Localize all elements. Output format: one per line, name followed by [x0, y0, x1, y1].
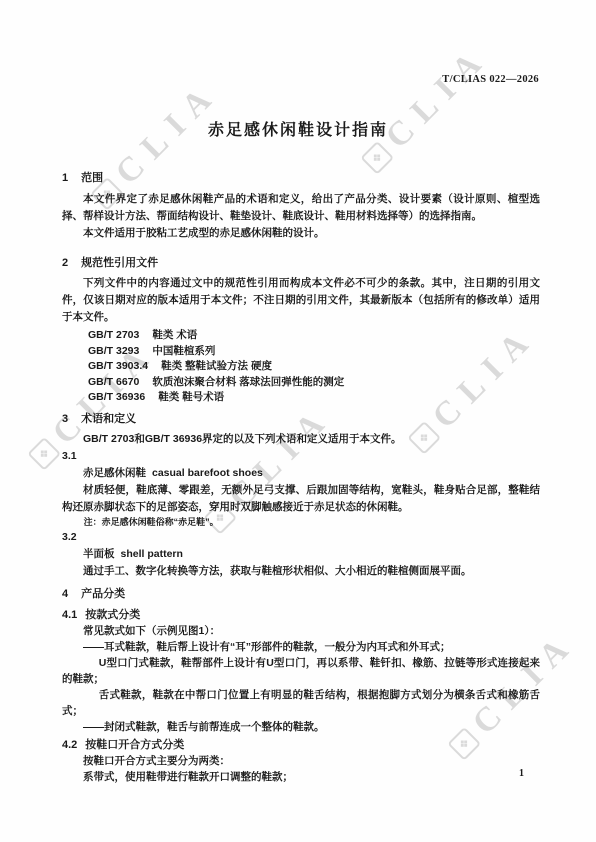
classification-item: U型口门式鞋款，鞋帮部件上设计有U型口门，再以系带、鞋钎扣、橡筋、拉链等形式连接…: [62, 655, 540, 687]
normative-references-paragraph: 下列文件中的内容通过文中的规范性引用而构成本文件必不可少的条款。其中，注日期的引…: [62, 275, 540, 326]
standard-document-page: ❖ CLIA ❖ CLIA ❖ CLIA ❖ CLIA ❖ CLIA ❖ CLI…: [0, 0, 596, 842]
reference-title: 中国鞋楦系列: [152, 345, 215, 357]
term-definition: 通过手工、数字化转换等方法，获取与鞋楦形状相似、大小相近的鞋楦侧面展平面。: [62, 563, 540, 580]
classification-item: 系带式，使用鞋带进行鞋款开口调整的鞋款；: [62, 769, 540, 785]
term-name-en: casual barefoot shoes: [152, 467, 263, 479]
term-name-zh: 半面板: [83, 548, 115, 560]
scope-applicability-paragraph: 本文件适用于胶粘工艺成型的赤足感休闲鞋的设计。: [62, 225, 540, 242]
reference-title: 鞋类 鞋号术语: [158, 391, 224, 403]
reference-code: GB/T 3903.4: [88, 360, 148, 372]
section-title: 规范性引用文件: [81, 257, 158, 269]
section-4-heading: 4产品分类: [62, 586, 540, 602]
term-number: 3.1: [62, 448, 540, 465]
term-name: 半面板shell pattern: [62, 546, 540, 563]
section-number: 4: [62, 588, 68, 600]
reference-title: 软质泡沫聚合材料 落球法回弹性能的测定: [152, 376, 344, 388]
reference-title: 鞋类 整鞋试验方法 硬度: [161, 360, 272, 372]
reference-item: GB/T 3903.4鞋类 整鞋试验方法 硬度: [88, 359, 540, 375]
reference-code: GB/T 3293: [88, 345, 139, 357]
section-1-heading: 1范围: [62, 170, 540, 187]
section-4-1-heading: 4.1按款式分类: [62, 607, 540, 623]
watermark: ❖ CLIA: [357, 40, 496, 179]
page-title: 赤足感休闲鞋设计指南: [0, 117, 596, 140]
section-number: 2: [62, 257, 68, 269]
classification-item: ——耳式鞋款，鞋后帮上设计有“耳”形部件的鞋款，一般分为内耳式和外耳式；: [62, 639, 540, 655]
scope-paragraph: 本文件界定了赤足感休闲鞋产品的术语和定义，给出了产品分类、设计要素（设计原则、楦…: [62, 191, 540, 225]
term-note: 注：赤足感休闲鞋俗称“赤足鞋”。: [62, 516, 540, 529]
reference-title: 鞋类 术语: [152, 329, 197, 341]
section-title: 按鞋口开合方式分类: [85, 739, 184, 751]
section-3-heading: 3术语和定义: [62, 411, 540, 428]
section-number: 1: [62, 172, 68, 184]
reference-item: GB/T 2703鞋类 术语: [88, 328, 540, 344]
reference-list: GB/T 2703鞋类 术语 GB/T 3293中国鞋楦系列 GB/T 3903…: [88, 328, 540, 406]
section-title: 按款式分类: [85, 609, 140, 621]
term-name-en: shell pattern: [121, 548, 183, 560]
reference-code: GB/T 36936: [88, 391, 145, 403]
document-body: 1范围 本文件界定了赤足感休闲鞋产品的术语和定义，给出了产品分类、设计要素（设计…: [62, 170, 540, 785]
section-number: 4.2: [62, 739, 77, 751]
doc-code: T/CLIAS 022—2026: [442, 74, 539, 85]
section-title: 产品分类: [81, 588, 125, 600]
classification-item: ——封闭式鞋款，鞋舌与前帮连成一个整体的鞋款。: [62, 719, 540, 735]
terms-intro-paragraph: GB/T 2703和GB/T 36936界定的以及下列术语和定义适用于本文件。: [62, 431, 540, 448]
term-name-zh: 赤足感休闲鞋: [83, 467, 146, 479]
reference-item: GB/T 6670软质泡沫聚合材料 落球法回弹性能的测定: [88, 375, 540, 391]
section-4: 4产品分类 4.1按款式分类 常见款式如下（示例见图1）： ——耳式鞋款，鞋后帮…: [62, 586, 540, 785]
section-number: 4.1: [62, 609, 77, 621]
reference-code: GB/T 2703: [88, 329, 139, 341]
term-name: 赤足感休闲鞋casual barefoot shoes: [62, 465, 540, 482]
term-number: 3.2: [62, 529, 540, 546]
reference-code: GB/T 6670: [88, 376, 139, 388]
style-classification-intro: 常见款式如下（示例见图1）：: [62, 623, 540, 639]
section-title: 范围: [81, 172, 103, 184]
section-title: 术语和定义: [81, 413, 136, 425]
section-2-heading: 2规范性引用文件: [62, 255, 540, 272]
term-definition: 材质轻便，鞋底薄、零跟差，无额外足弓支撑、后跟加固等结构，宽鞋头，鞋身贴合足部，…: [62, 482, 540, 516]
section-number: 3: [62, 413, 68, 425]
section-4-2-heading: 4.2按鞋口开合方式分类: [62, 737, 540, 753]
classification-item: 舌式鞋款，鞋款在中帮口门位置上有明显的鞋舌结构，根据抱脚方式划分为横条舌式和橡筋…: [62, 687, 540, 719]
reference-item: GB/T 36936鞋类 鞋号术语: [88, 390, 540, 406]
reference-item: GB/T 3293中国鞋楦系列: [88, 344, 540, 360]
seal-icon: ❖: [27, 437, 61, 471]
opening-classification-intro: 按鞋口开合方式主要分为两类：: [62, 753, 540, 769]
